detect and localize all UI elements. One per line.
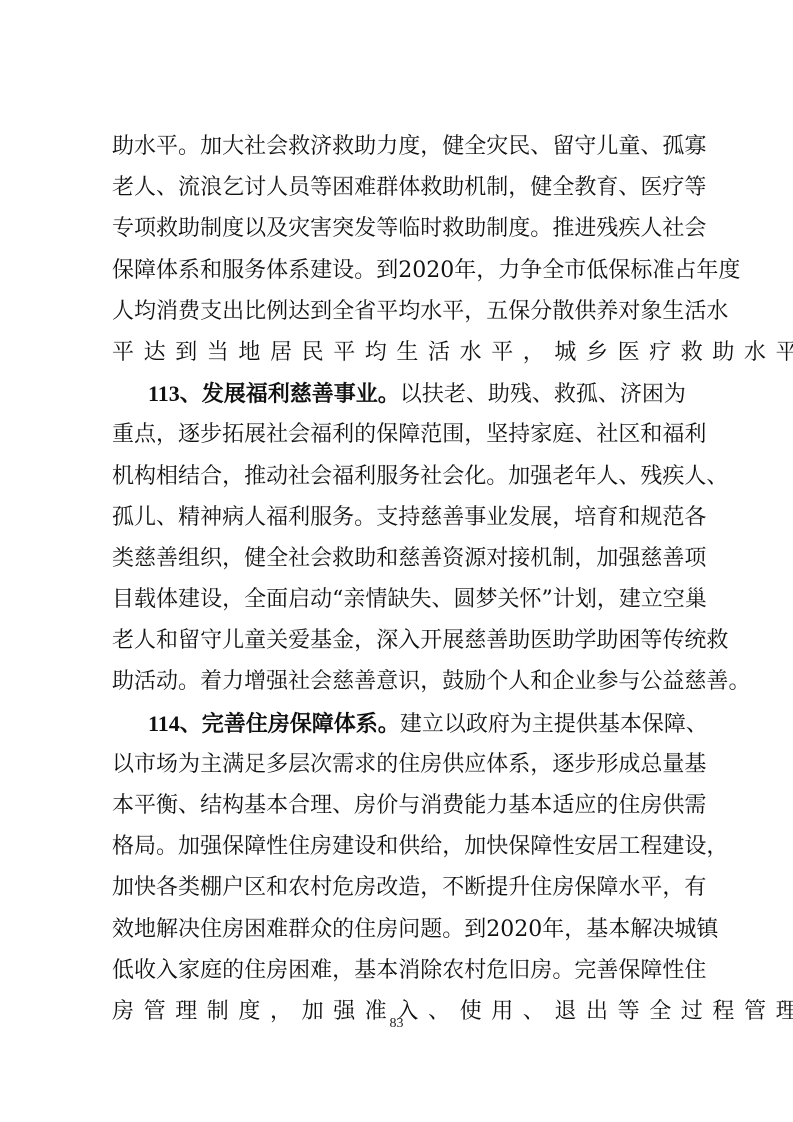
- text-line: 平达到当地居民平均生活水平，城乡医疗救助水平不断提升。: [112, 332, 684, 373]
- section-heading-line: 114、完善住房保障体系。建立以政府为主提供基本保障、: [112, 703, 684, 744]
- text-line: 助水平。加大社会救济救助力度，健全灾民、留守儿童、孤寡: [112, 126, 684, 167]
- text-line: 类慈善组织，健全社会救助和慈善资源对接机制，加强慈善项: [112, 538, 684, 579]
- section-number: 114、: [148, 711, 202, 736]
- paragraph-113-welfare-charity: 113、发展福利慈善事业。以扶老、助残、救孤、济困为 重点，逐步拓展社会福利的保…: [112, 373, 684, 703]
- section-heading: 完善住房保障体系。: [202, 711, 400, 737]
- text-line: 助活动。着力增强社会慈善意识，鼓励个人和企业参与公益慈善。: [112, 661, 684, 702]
- text-line: 本平衡、结构基本合理、房价与消费能力基本适应的住房供需: [112, 785, 684, 826]
- text-line: 格局。加强保障性住房建设和供给，加快保障性安居工程建设，: [112, 826, 684, 867]
- section-number: 113、: [148, 381, 202, 406]
- text-line: 老人、流浪乞讨人员等困难群体救助机制，健全教育、医疗等: [112, 167, 684, 208]
- text-line: 孤儿、精神病人福利服务。支持慈善事业发展，培育和规范各: [112, 497, 684, 538]
- text-span: 以扶老、助残、救孤、济困为: [400, 382, 686, 407]
- text-line: 目载体建设，全面启动“亲情缺失、圆梦关怀”计划，建立空巢: [112, 579, 684, 620]
- text-line: 老人和留守儿童关爱基金，深入开展慈善助医助学助困等传统救: [112, 620, 684, 661]
- text-line: 效地解决住房困难群众的住房问题。到2020年，基本解决城镇: [112, 909, 684, 950]
- text-line: 加快各类棚户区和农村危房改造，不断提升住房保障水平，有: [112, 867, 684, 908]
- text-line: 专项救助制度以及灾害突发等临时救助制度。推进残疾人社会: [112, 208, 684, 249]
- text-line: 人均消费支出比例达到全省平均水平，五保分散供养对象生活水: [112, 291, 684, 332]
- text-line: 保障体系和服务体系建设。到2020年，力争全市低保标准占年度: [112, 250, 684, 291]
- text-line: 以市场为主满足多层次需求的住房供应体系，逐步形成总量基: [112, 744, 684, 785]
- text-line: 机构相结合，推动社会福利服务社会化。加强老年人、残疾人、: [112, 456, 684, 497]
- paragraph-114-housing-security: 114、完善住房保障体系。建立以政府为主提供基本保障、 以市场为主满足多层次需求…: [112, 703, 684, 1033]
- section-heading: 发展福利慈善事业。: [202, 381, 400, 407]
- text-span: 建立以政府为主提供基本保障、: [400, 712, 708, 737]
- text-line: 低收入家庭的住房困难，基本消除农村危旧房。完善保障性住: [112, 950, 684, 991]
- section-heading-line: 113、发展福利慈善事业。以扶老、助残、救孤、济困为: [112, 373, 684, 414]
- paragraph-social-assistance: 助水平。加大社会救济救助力度，健全灾民、留守儿童、孤寡 老人、流浪乞讨人员等困难…: [112, 126, 684, 373]
- page-number: 83: [0, 1016, 793, 1032]
- document-page: 助水平。加大社会救济救助力度，健全灾民、留守儿童、孤寡 老人、流浪乞讨人员等困难…: [112, 126, 684, 1032]
- text-line: 重点，逐步拓展社会福利的保障范围，坚持家庭、社区和福利: [112, 414, 684, 455]
